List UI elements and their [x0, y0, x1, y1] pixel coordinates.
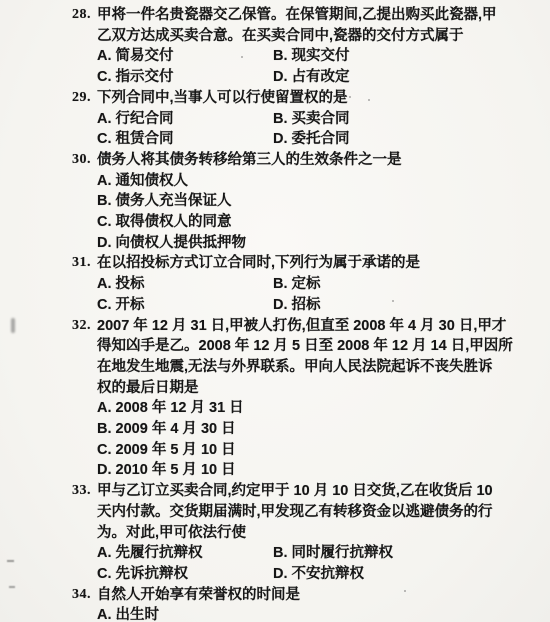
question-number: 32. — [72, 316, 97, 337]
option-c: C. 先诉抗辩权 — [97, 564, 273, 585]
option-a: A. 简易交付 — [97, 46, 273, 67]
option-row: C. 租赁合同 D. 委托合同 — [97, 129, 526, 150]
option-b: B. 买卖合同 — [273, 109, 526, 130]
question-stem-line: 在地发生地震,无法与外界联系。甲向人民法院起诉不丧失胜诉 — [97, 357, 526, 378]
question-stem-line: 甲将一件名贵瓷器交乙保管。在保管期间,乙提出购买此瓷器,甲 — [97, 5, 526, 26]
question-stem-line: 债务人将其债务转移给第三人的生效条件之一是 — [97, 150, 526, 171]
question-body: 在以招投标方式订立合同时,下列行为属于承诺的是 A. 投标 B. 定标 C. 开… — [97, 253, 526, 315]
question-body: 自然人开始享有荣誉权的时间是 A. 出生时 — [97, 585, 526, 622]
scan-speck — [349, 96, 351, 98]
option-a: A. 出生时 — [97, 605, 526, 622]
question-30: 30. 债务人将其债务转移给第三人的生效条件之一是 A. 通知债权人 B. 债务… — [72, 150, 526, 254]
option-a: A. 投标 — [97, 274, 273, 295]
option-a: A. 2008 年 12 月 31 日 — [97, 398, 526, 419]
question-number: 31. — [72, 253, 97, 274]
scan-speck — [241, 56, 243, 58]
option-d: D. 占有改定 — [273, 67, 526, 88]
question-stem-line: 在以招投标方式订立合同时,下列行为属于承诺的是 — [97, 253, 526, 274]
question-stem-line: 为。对此,甲可依法行使 — [97, 523, 526, 544]
option-c: C. 2009 年 5 月 10 日 — [97, 440, 526, 461]
scanned-exam-page: 28. 甲将一件名贵瓷器交乙保管。在保管期间,乙提出购买此瓷器,甲 乙双方达成买… — [0, 0, 550, 622]
option-b: B. 同时履行抗辩权 — [273, 543, 526, 564]
question-stem-line: 甲与乙订立买卖合同,约定甲于 10 月 10 日交货,乙在收货后 10 — [97, 481, 526, 502]
question-stem-line: 2007 年 12 月 31 日,甲被人打伤,但直至 2008 年 4 月 30… — [97, 316, 526, 337]
option-c: C. 取得债权人的同意 — [97, 212, 526, 233]
question-stem-line: 得知凶手是乙。2008 年 12 月 5 日至 2008 年 12 月 14 日… — [97, 336, 526, 357]
option-a: A. 通知债权人 — [97, 171, 526, 192]
question-body: 2007 年 12 月 31 日,甲被人打伤,但直至 2008 年 4 月 30… — [97, 316, 526, 482]
question-body: 债务人将其债务转移给第三人的生效条件之一是 A. 通知债权人 B. 债务人充当保… — [97, 150, 526, 254]
question-number: 28. — [72, 5, 97, 26]
question-31: 31. 在以招投标方式订立合同时,下列行为属于承诺的是 A. 投标 B. 定标 … — [72, 253, 526, 315]
question-number: 30. — [72, 150, 97, 171]
question-body: 下列合同中,当事人可以行使留置权的是 A. 行纪合同 B. 买卖合同 C. 租赁… — [97, 88, 526, 150]
question-29: 29. 下列合同中,当事人可以行使留置权的是 A. 行纪合同 B. 买卖合同 C… — [72, 88, 526, 150]
question-stem-line: 自然人开始享有荣誉权的时间是 — [97, 585, 526, 606]
option-row: A. 行纪合同 B. 买卖合同 — [97, 109, 526, 130]
question-34: 34. 自然人开始享有荣誉权的时间是 A. 出生时 — [72, 585, 526, 622]
option-a: A. 行纪合同 — [97, 109, 273, 130]
question-33: 33. 甲与乙订立买卖合同,约定甲于 10 月 10 日交货,乙在收货后 10 … — [72, 481, 526, 585]
option-row: C. 先诉抗辩权 D. 不安抗辩权 — [97, 564, 526, 585]
option-row: C. 指示交付 D. 占有改定 — [97, 67, 526, 88]
option-c: C. 开标 — [97, 295, 273, 316]
option-b: B. 现实交付 — [273, 46, 526, 67]
option-a: A. 先履行抗辩权 — [97, 543, 273, 564]
question-number: 34. — [72, 585, 97, 606]
option-row: C. 开标 D. 招标 — [97, 295, 526, 316]
question-stem-line: 权的最后日期是 — [97, 378, 526, 399]
option-d: D. 招标 — [273, 295, 526, 316]
option-row: A. 简易交付 B. 现实交付 — [97, 46, 526, 67]
option-b: B. 2009 年 4 月 30 日 — [97, 419, 526, 440]
question-28: 28. 甲将一件名贵瓷器交乙保管。在保管期间,乙提出购买此瓷器,甲 乙双方达成买… — [72, 5, 526, 88]
question-number: 33. — [72, 481, 97, 502]
option-c: C. 租赁合同 — [97, 129, 273, 150]
scan-speck — [404, 590, 406, 592]
scan-smudge — [11, 318, 15, 333]
scan-speck — [392, 300, 394, 302]
option-b: B. 定标 — [273, 274, 526, 295]
option-d: D. 不安抗辩权 — [273, 564, 526, 585]
question-stem-line: 乙双方达成买卖合意。在买卖合同中,瓷器的交付方式属于 — [97, 26, 526, 47]
scan-dash — [9, 586, 15, 588]
option-b: B. 债务人充当保证人 — [97, 191, 526, 212]
question-32: 32. 2007 年 12 月 31 日,甲被人打伤,但直至 2008 年 4 … — [72, 316, 526, 482]
scan-speck — [368, 99, 370, 101]
option-c: C. 指示交付 — [97, 67, 273, 88]
question-body: 甲与乙订立买卖合同,约定甲于 10 月 10 日交货,乙在收货后 10 天内付款… — [97, 481, 526, 585]
question-stem-line: 天内付款。交货期届满时,甲发现乙有转移资金以逃避债务的行 — [97, 502, 526, 523]
scan-dash — [7, 560, 14, 562]
question-body: 甲将一件名贵瓷器交乙保管。在保管期间,乙提出购买此瓷器,甲 乙双方达成买卖合意。… — [97, 5, 526, 88]
option-row: A. 先履行抗辩权 B. 同时履行抗辩权 — [97, 543, 526, 564]
question-stem-line: 下列合同中,当事人可以行使留置权的是 — [97, 88, 526, 109]
question-number: 29. — [72, 88, 97, 109]
option-row: A. 投标 B. 定标 — [97, 274, 526, 295]
option-d: D. 向债权人提供抵押物 — [97, 233, 526, 254]
option-d: D. 2010 年 5 月 10 日 — [97, 460, 526, 481]
option-d: D. 委托合同 — [273, 129, 526, 150]
